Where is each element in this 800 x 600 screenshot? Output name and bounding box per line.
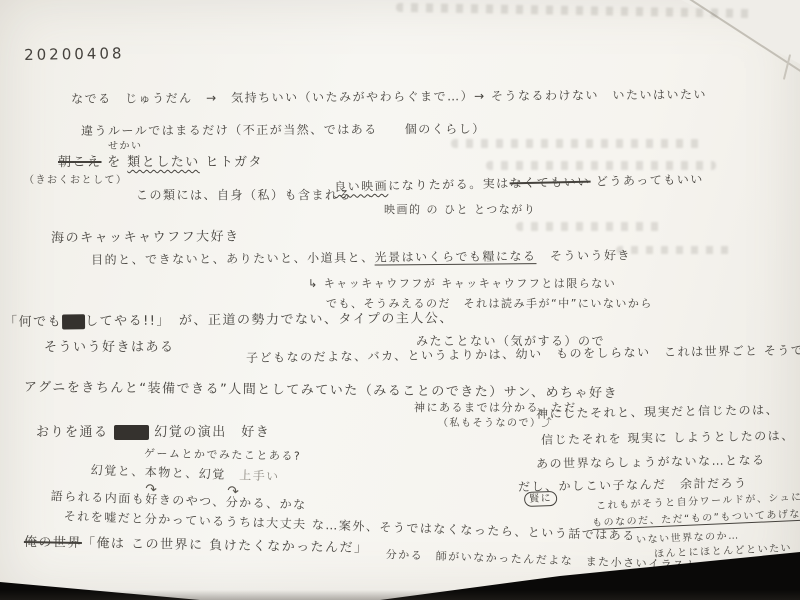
note-text-segment: 信じたそれを 現実に しようとしたのは、: [541, 429, 795, 447]
note-text-segment: ゲームとかでみたことある?: [144, 447, 302, 463]
note-text-segment: 賢に: [524, 491, 558, 507]
note-line: 神にしたそれと、現実だと信じたのは、: [536, 404, 779, 420]
bleedthrough-ghost-text: [516, 222, 666, 231]
note-text-segment: 類としたい: [127, 155, 200, 170]
note-line: でも、そうみえるのだ それは読み手が“中”にいないから: [326, 298, 653, 309]
note-text-segment: （きおくおとして）: [24, 175, 128, 186]
note-line: 「何でも██してやる!!」 が、正道の勢力でない、タイプの主人公、: [4, 312, 454, 329]
note-text-segment: 幻覚と、本物と、幻覚: [91, 463, 226, 482]
note-line: ↳ キャッキャウフフが キャッキャウフフとは限らない: [308, 278, 616, 289]
note-text-segment: 上手い: [225, 468, 279, 484]
note-line: ゲームとかでみたことある?: [144, 448, 302, 462]
note-text-segment: なでる じゅうだん → 気持ちいい（いたみがやわらぐまで…）→ そうなるわけない…: [71, 88, 707, 106]
note-text-segment: 良い映画: [334, 179, 388, 194]
note-line: 賢に: [524, 494, 557, 505]
note-text-segment: 光景はいくらでも糧になる: [374, 249, 536, 264]
note-line: 子どもなのだよな、バカ、というよりかは、幼い ものをしらない これは世界ごと そ…: [246, 344, 800, 364]
note-text-segment: でも、そうみえるのだ それは読み手が“中”にいないから: [326, 297, 653, 310]
note-text-segment: ███: [114, 425, 149, 440]
note-text-segment: アグニをきちんと“装備できる”人間としてみていた（みることのできた）サン、めちゃ…: [24, 380, 618, 401]
note-line: この類には、自身（私）も含まれる: [136, 189, 352, 201]
bleedthrough-ghost-text: [451, 139, 701, 148]
note-text-segment: 映画的 の ひと とつながり: [384, 203, 536, 216]
note-line: 良い映画になりたがる。実はなくてもいい どうあってもいい: [334, 173, 704, 193]
note-text-segment: 幻覚の演出 好き: [149, 425, 271, 440]
photo-of-handwritten-note: 20200408なでる じゅうだん → 気持ちいい（いたみがやわらぐまで…）→ …: [0, 0, 800, 600]
note-text-segment: 20200408: [24, 44, 125, 64]
note-text-segment: あの世界ならしょうがないな…となる: [536, 453, 766, 471]
note-line: せかい: [108, 142, 143, 152]
note-text-segment: 朝こえ: [58, 155, 102, 170]
note-text-segment: なくてもいい: [509, 175, 590, 191]
note-text-segment: これもがそうと自分ワールドが、シュに: [596, 492, 800, 512]
paper-bottom-shadow: [0, 590, 800, 600]
note-line: だし、かしこい子なんだ 余計だろう: [518, 477, 748, 493]
note-text-segment: ものなのだ、ただ“もの”もついてあげないと: [592, 508, 800, 529]
bleedthrough-ghost-text: [486, 161, 716, 170]
note-line: なでる じゅうだん → 気持ちいい（いたみがやわらぐまで…）→ そうなるわけない…: [71, 89, 707, 105]
note-text-segment: せかい: [108, 141, 143, 152]
note-text-segment: 「何でも: [4, 314, 62, 330]
note-text-segment: 「俺は この世界に 負けたくなかったんだ」: [82, 536, 369, 556]
note-line: 語られる内面も好きのやつ、分かる、かな: [51, 490, 307, 511]
note-text-segment: そういう好きはある: [44, 340, 175, 355]
note-line: これもがそうと自分ワールドが、シュに: [596, 493, 800, 512]
paper-sheet: 20200408なでる じゅうだん → 気持ちいい（いたみがやわらぐまで…）→ …: [0, 0, 800, 600]
note-text-segment: 海のキャッキャウフフ大好き: [51, 229, 240, 246]
note-date: 20200408: [24, 46, 125, 63]
note-text-segment: この類には、自身（私）も含まれる: [136, 188, 352, 202]
note-text-segment: になりたがる。実は: [388, 176, 510, 193]
note-line: アグニをきちんと“装備できる”人間としてみていた（みることのできた）サン、めちゃ…: [24, 381, 618, 400]
note-line: みたことない（気がする）ので: [416, 335, 605, 347]
note-text-segment: いない世界なのか…: [636, 530, 740, 546]
note-text-segment: してやる!!」 が、正道の勢力でない、タイプの主人公、: [85, 311, 454, 329]
note-text-segment: おりを通る: [36, 425, 114, 440]
note-line: ものなのだ、ただ“もの”もついてあげないと: [592, 509, 800, 529]
note-line: いない世界なのか…: [636, 531, 740, 546]
note-text-segment: 神にしたそれと、現実だと信じたのは、: [536, 403, 779, 421]
note-line: 俺の世界「俺は この世界に 負けたくなかったんだ」: [24, 536, 369, 555]
note-text-segment: ↳ キャッキャウフフが キャッキャウフフとは限らない: [308, 277, 616, 290]
note-line: 目的と、できないと、ありたいと、小道具と、光景はいくらでも糧になる そういう好き: [91, 249, 631, 266]
note-text-segment: どうあってもいい: [590, 172, 703, 188]
note-text-segment: 語られる内面も好きのやつ、分かる、かな: [51, 489, 307, 512]
note-line: 朝こえ を 類としたい ヒトガタ: [58, 156, 263, 169]
note-text-segment: ██: [62, 314, 85, 329]
bleedthrough-ghost-text: [616, 246, 736, 254]
note-text-segment: 目的と、できないと、ありたいと、小道具と、: [91, 251, 375, 267]
paper-edge-mark: [783, 54, 791, 80]
note-line: 信じたそれを 現実に しようとしたのは、: [541, 430, 795, 446]
note-text-segment: ヒトガタ: [200, 155, 263, 170]
note-line: あの世界ならしょうがないな…となる: [536, 454, 766, 470]
note-text-segment: 俺の世界: [24, 535, 82, 551]
note-line: 幻覚と、本物と、幻覚 上手い: [91, 464, 280, 483]
note-line: おりを通る ███ 幻覚の演出 好き: [36, 426, 270, 439]
note-text-segment: 違うルールではまるだけ（不正が当然、ではある 個のくらし）: [81, 122, 486, 138]
note-text-segment: そういう好き: [536, 248, 631, 263]
note-text-segment: を: [102, 155, 128, 170]
note-line: （きおくおとして）: [24, 176, 128, 186]
note-line: そういう好きはある: [44, 341, 175, 354]
note-line: 違うルールではまるだけ（不正が当然、ではある 個のくらし）: [81, 123, 486, 137]
note-line: 映画的 の ひと とつながり: [384, 204, 536, 215]
note-line: 海のキャッキャウフフ大好き: [51, 230, 240, 245]
